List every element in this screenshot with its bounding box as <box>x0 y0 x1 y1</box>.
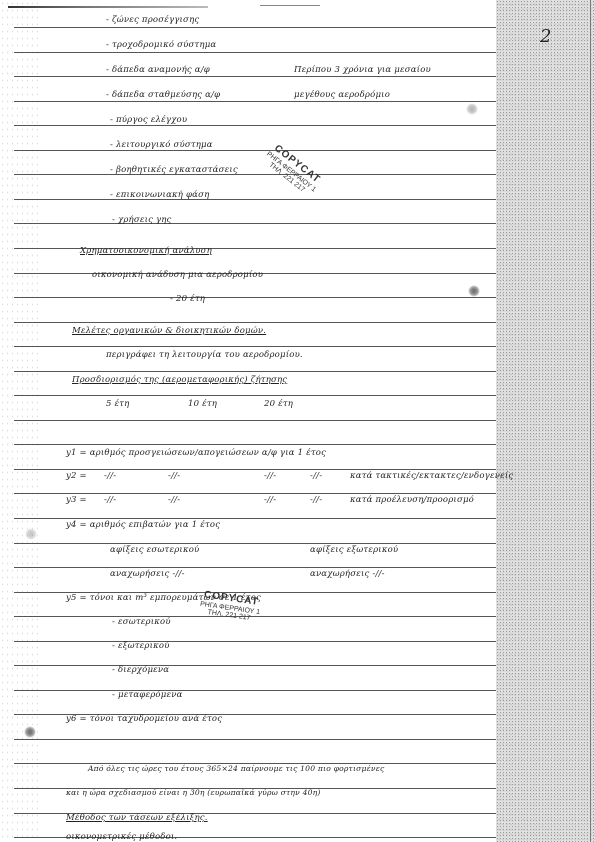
notebook-page: 2 - ζώνες προσέγγισης - τροχοδρομικό σύσ… <box>0 0 595 842</box>
note-line: - βοηθητικές εγκαταστάσεις <box>110 165 238 175</box>
ruled-line <box>14 125 496 126</box>
variable-y3: y3 = <box>66 495 87 505</box>
ditto-mark: -//- <box>264 471 276 481</box>
departures-international: αναχωρήσεις -//- <box>310 569 385 579</box>
section-heading: Προσδιορισμός της (αερομεταφορικής) ζήτη… <box>72 375 287 385</box>
y5-item: - διερχόμενα <box>112 665 169 675</box>
y5-item: - εξωτερικού <box>112 641 170 651</box>
note-line: περιγράφει τη λειτουργία του αεροδρομίου… <box>106 350 303 360</box>
scanned-margin-strip <box>496 0 595 842</box>
ink-smudge <box>24 726 36 738</box>
ruled-line <box>14 199 496 200</box>
ruled-line <box>14 444 496 445</box>
horizon-5: 5 έτη <box>106 399 129 409</box>
y5-item: - μεταφερόμενα <box>112 690 183 700</box>
ruled-line <box>14 52 496 53</box>
ruled-line <box>14 76 496 77</box>
ditto-mark: -//- <box>310 495 322 505</box>
ruled-line <box>14 543 496 544</box>
ruled-line <box>14 739 496 740</box>
side-note: μεγέθους αεροδρόμιο <box>294 90 390 100</box>
ruled-line <box>14 174 496 175</box>
note-line: - δάπεδα σταθμεύσης α/φ <box>106 90 220 100</box>
ruled-line <box>14 493 496 494</box>
ditto-mark: -//- <box>310 471 322 481</box>
note-line: - λειτουργικό σύστημα <box>110 140 213 150</box>
variable-y2: y2 = <box>66 471 87 481</box>
note-line: - πύργος ελέγχου <box>110 115 187 125</box>
y5-item: - εσωτερικού <box>112 617 171 627</box>
arrivals-domestic: αφίξεις εσωτερικού <box>110 545 199 555</box>
note-line: - χρήσεις γης <box>112 215 172 225</box>
page-number: 2 <box>540 26 551 47</box>
ruled-line <box>14 27 496 28</box>
ruled-line <box>14 395 496 396</box>
variable-y4: y4 = αριθμός επιβατών για 1 έτος <box>66 520 220 530</box>
ink-smudge <box>25 528 37 540</box>
ruled-line <box>14 101 496 102</box>
section-heading: Χρηματοοικονομική ανάλυση <box>80 246 212 256</box>
ruled-line <box>14 641 496 642</box>
variable-y1: y1 = αριθμός προσγειώσεων/απογειώσεων α/… <box>66 448 326 458</box>
ruled-line <box>14 665 496 666</box>
ditto-mark: -//- <box>104 471 116 481</box>
paragraph-line: και η ώρα σχεδιασμού είναι η 30η (ευρωπα… <box>66 788 321 797</box>
y2-qualifier: κατά τακτικές/εκτακτες/ενδογενείς <box>350 471 513 481</box>
horizon-10: 10 έτη <box>188 399 217 409</box>
note-line: - δάπεδα αναμονής α/φ <box>106 65 210 75</box>
ruled-line <box>14 371 496 372</box>
method-heading: Μέθοδος των τάσεων εξέλιξης. <box>66 813 208 823</box>
ruled-line <box>14 518 496 519</box>
y3-qualifier: κατά προέλευση/προορισμό <box>350 495 474 505</box>
horizon-20: 20 έτη <box>264 399 293 409</box>
ruled-line <box>14 346 496 347</box>
paragraph-line: Από όλες τις ώρες του έτους 365×24 παίρν… <box>88 764 384 773</box>
ruled-line <box>14 223 496 224</box>
section-heading: Μελέτες οργανικών & διοικητικών δομών. <box>72 326 266 336</box>
ruled-line <box>14 322 496 323</box>
torn-top-edge <box>8 6 208 8</box>
ruled-line <box>14 150 496 151</box>
ditto-mark: -//- <box>264 495 276 505</box>
ruled-line <box>14 420 496 421</box>
ink-smudge <box>468 285 480 297</box>
ruled-line <box>14 469 496 470</box>
note-line: - επικοινωνιακή φάση <box>110 190 209 200</box>
ditto-mark: -//- <box>168 471 180 481</box>
note-line: οικονομική ανάδυση μια αεροδρομίου <box>92 270 263 280</box>
top-edge-mark <box>260 5 320 6</box>
ditto-mark: -//- <box>104 495 116 505</box>
ruled-line <box>14 690 496 691</box>
side-note: Περίπου 3 χρόνια για μεσαίου <box>294 65 431 75</box>
ruled-line <box>14 567 496 568</box>
note-line: - τροχοδρομικό σύστημα <box>106 40 216 50</box>
note-line: - ζώνες προσέγγισης <box>106 15 199 25</box>
ink-smudge <box>466 103 478 115</box>
departures-domestic: αναχωρήσεις -//- <box>110 569 185 579</box>
arrivals-international: αφίξεις εξωτερικού <box>310 545 398 555</box>
variable-y6: y6 = τόνοι ταχυδρομείου ανά έτος <box>66 714 222 724</box>
method-line: οικονομετρικές μέθοδοι. <box>66 832 177 842</box>
ditto-mark: -//- <box>168 495 180 505</box>
scan-speckle <box>0 0 40 842</box>
note-line: - 20 έτη <box>170 294 205 304</box>
ruled-line <box>14 297 496 298</box>
